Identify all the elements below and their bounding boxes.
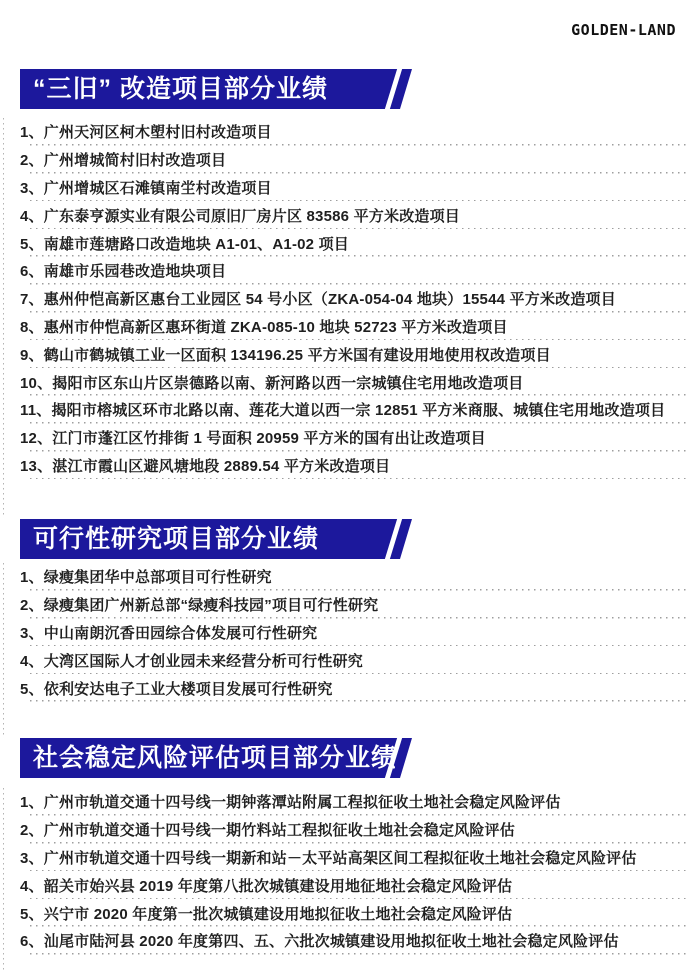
list-item-text: 3、广州市轨道交通十四号线一期新和站－太平站高架区间工程拟征收土地社会稳定风险评… bbox=[20, 847, 637, 868]
list-item: 3、广州增城区石滩镇南坣村改造项目 bbox=[3, 174, 697, 202]
section-2-list: 1、绿瘦集团华中总部项目可行性研究 2、绿瘦集团广州新总部“绿瘦科技园”项目可行… bbox=[3, 563, 697, 737]
list-item: 1、广州天河区柯木塱村旧村改造项目 bbox=[3, 118, 697, 146]
list-item-text: 3、广州增城区石滩镇南坣村改造项目 bbox=[20, 177, 272, 198]
list-item: 5、南雄市莲塘路口改造地块 A1-01、A1-02 项目 bbox=[3, 229, 697, 257]
list-item: 3、广州市轨道交通十四号线一期新和站－太平站高架区间工程拟征收土地社会稳定风险评… bbox=[3, 844, 697, 872]
list-item-text: 8、惠州市仲恺高新区惠环街道 ZKA-085-10 地块 52723 平方米改造… bbox=[20, 316, 508, 337]
section-1-title: “三旧” 改造项目部分业绩 bbox=[33, 75, 328, 103]
section-3-header-banner: 社会稳定风险评估项目部分业绩 bbox=[20, 738, 412, 778]
list-item: 5、依利安达电子工业大楼项目发展可行性研究 bbox=[3, 674, 697, 702]
list-item: 11、揭阳市榕城区环市北路以南、莲花大道以西一宗 12851 平方米商服、城镇住… bbox=[3, 396, 697, 424]
list-item: 4、大湾区国际人才创业园未来经营分析可行性研究 bbox=[3, 646, 697, 674]
list-item: 7、惠州仲恺高新区惠台工业园区 54 号小区（ZKA-054-04 地块）155… bbox=[3, 285, 697, 313]
list-item-text: 6、汕尾市陆河县 2020 年度第四、五、六批次城镇建设用地拟征收土地社会稳定风… bbox=[20, 930, 619, 951]
list-item-text: 11、揭阳市榕城区环市北路以南、莲花大道以西一宗 12851 平方米商服、城镇住… bbox=[20, 399, 665, 420]
list-item: 2、绿瘦集团广州新总部“绿瘦科技园”项目可行性研究 bbox=[3, 591, 697, 619]
list-item: 2、广州市轨道交通十四号线一期竹料站工程拟征收土地社会稳定风险评估 bbox=[3, 816, 697, 844]
list-item-text: 6、南雄市乐园巷改造地块项目 bbox=[20, 260, 226, 281]
list-item: 8、惠州市仲恺高新区惠环街道 ZKA-085-10 地块 52723 平方米改造… bbox=[3, 313, 697, 341]
list-item-text: 10、揭阳市区东山片区崇德路以南、新河路以西一宗城镇住宅用地改造项目 bbox=[20, 372, 524, 393]
list-item: 6、汕尾市陆河县 2020 年度第四、五、六批次城镇建设用地拟征收土地社会稳定风… bbox=[3, 927, 697, 955]
document-page: GOLDEN-LAND “三旧” 改造项目部分业绩 1、广州天河区柯木塱村旧村改… bbox=[0, 0, 700, 979]
list-item: 2、广州增城简村旧村改造项目 bbox=[3, 146, 697, 174]
list-item: 6、南雄市乐园巷改造地块项目 bbox=[3, 257, 697, 285]
list-item-text: 1、广州天河区柯木塱村旧村改造项目 bbox=[20, 121, 272, 142]
list-item-text: 2、广州市轨道交通十四号线一期竹料站工程拟征收土地社会稳定风险评估 bbox=[20, 819, 515, 840]
section-1-header-banner: “三旧” 改造项目部分业绩 bbox=[20, 69, 412, 109]
list-item-text: 5、兴宁市 2020 年度第一批次城镇建设用地拟征收土地社会稳定风险评估 bbox=[20, 903, 512, 924]
section-3-title: 社会稳定风险评估项目部分业绩 bbox=[33, 744, 397, 772]
list-item-text: 3、中山南朗沉香田园综合体发展可行性研究 bbox=[20, 622, 317, 643]
list-item-text: 2、广州增城简村旧村改造项目 bbox=[20, 149, 226, 170]
section-2-title: 可行性研究项目部分业绩 bbox=[33, 525, 319, 553]
list-item: 12、江门市蓬江区竹排街 1 号面积 20959 平方米的国有出让改造项目 bbox=[3, 424, 697, 452]
list-item: 9、鹤山市鹤城镇工业一区面积 134196.25 平方米国有建设用地使用权改造项… bbox=[3, 340, 697, 368]
list-item-text: 4、大湾区国际人才创业园未来经营分析可行性研究 bbox=[20, 650, 363, 671]
section-3-list: 1、广州市轨道交通十四号线一期钟落潭站附属工程拟征收土地社会稳定风险评估 2、广… bbox=[3, 788, 697, 972]
list-item: 13、湛江市霞山区避风塘地段 2889.54 平方米改造项目 bbox=[3, 452, 697, 480]
list-item-text: 1、广州市轨道交通十四号线一期钟落潭站附属工程拟征收土地社会稳定风险评估 bbox=[20, 791, 561, 812]
list-item-text: 2、绿瘦集团广州新总部“绿瘦科技园”项目可行性研究 bbox=[20, 594, 378, 615]
list-item: 10、揭阳市区东山片区崇德路以南、新河路以西一宗城镇住宅用地改造项目 bbox=[3, 368, 697, 396]
list-item-text: 4、广东泰亨源实业有限公司原旧厂房片区 83586 平方米改造项目 bbox=[20, 205, 460, 226]
list-item-text: 4、韶关市始兴县 2019 年度第八批次城镇建设用地征地社会稳定风险评估 bbox=[20, 875, 512, 896]
list-item-text: 5、依利安达电子工业大楼项目发展可行性研究 bbox=[20, 678, 333, 699]
list-item-text: 7、惠州仲恺高新区惠台工业园区 54 号小区（ZKA-054-04 地块）155… bbox=[20, 288, 616, 309]
list-item: 4、韶关市始兴县 2019 年度第八批次城镇建设用地征地社会稳定风险评估 bbox=[3, 871, 697, 899]
list-item: 4、广东泰亨源实业有限公司原旧厂房片区 83586 平方米改造项目 bbox=[3, 201, 697, 229]
list-item-text: 5、南雄市莲塘路口改造地块 A1-01、A1-02 项目 bbox=[20, 233, 349, 254]
list-item: 1、广州市轨道交通十四号线一期钟落潭站附属工程拟征收土地社会稳定风险评估 bbox=[3, 788, 697, 816]
list-item-text: 13、湛江市霞山区避风塘地段 2889.54 平方米改造项目 bbox=[20, 455, 390, 476]
brand-logo: GOLDEN-LAND bbox=[571, 21, 676, 39]
section-2-header-banner: 可行性研究项目部分业绩 bbox=[20, 519, 412, 559]
list-item: 1、绿瘦集团华中总部项目可行性研究 bbox=[3, 563, 697, 591]
list-item: 3、中山南朗沉香田园综合体发展可行性研究 bbox=[3, 619, 697, 647]
list-item-text: 9、鹤山市鹤城镇工业一区面积 134196.25 平方米国有建设用地使用权改造项… bbox=[20, 344, 551, 365]
list-item-text: 12、江门市蓬江区竹排街 1 号面积 20959 平方米的国有出让改造项目 bbox=[20, 427, 486, 448]
list-item: 5、兴宁市 2020 年度第一批次城镇建设用地拟征收土地社会稳定风险评估 bbox=[3, 899, 697, 927]
section-1-list: 1、广州天河区柯木塱村旧村改造项目 2、广州增城简村旧村改造项目 3、广州增城区… bbox=[3, 118, 697, 518]
list-item-text: 1、绿瘦集团华中总部项目可行性研究 bbox=[20, 566, 272, 587]
